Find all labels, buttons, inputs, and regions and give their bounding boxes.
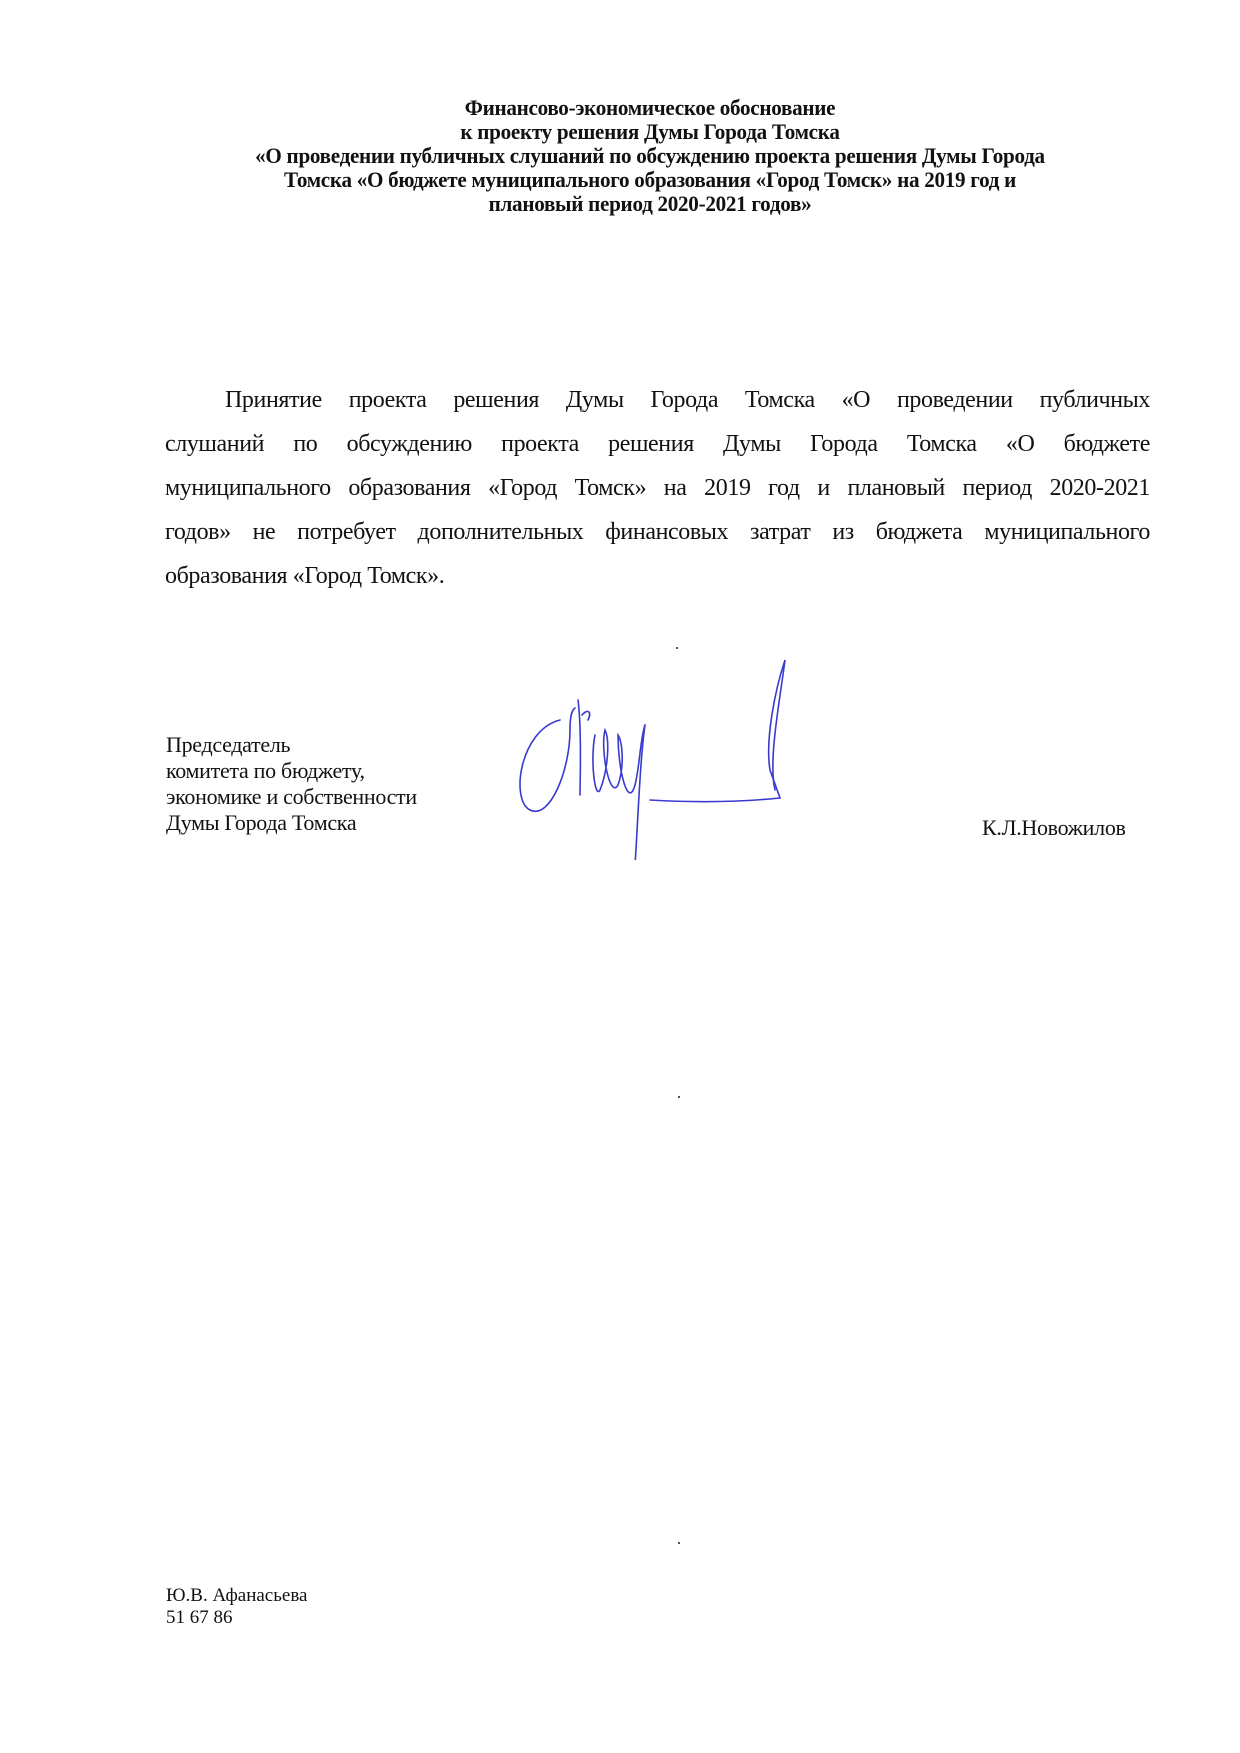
executor-name: Ю.В. Афанасьева xyxy=(166,1585,307,1607)
position-line: комитета по бюджету, xyxy=(166,758,417,784)
document-title: Финансово-экономическое обоснование к пр… xyxy=(170,96,1130,216)
title-line: «О проведении публичных слушаний по обсу… xyxy=(170,144,1130,168)
signatory-position: Председатель комитета по бюджету, эконом… xyxy=(166,732,417,836)
scan-speck xyxy=(678,1542,680,1544)
body-line: образования «Город Томск». xyxy=(165,554,1150,598)
position-line: Думы Города Томска xyxy=(166,810,417,836)
executor-phone: 51 67 86 xyxy=(166,1607,307,1629)
body-line: Принятие проекта решения Думы Города Том… xyxy=(165,378,1150,422)
title-line: к проекту решения Думы Города Томска xyxy=(170,120,1130,144)
scan-speck xyxy=(676,647,678,649)
body-line: годов» не потребует дополнительных финан… xyxy=(165,510,1150,554)
body-line: муниципального образования «Город Томск»… xyxy=(165,466,1150,510)
scan-speck xyxy=(678,1096,680,1098)
executor-info: Ю.В. Афанасьева 51 67 86 xyxy=(166,1585,307,1629)
handwritten-signature-icon xyxy=(500,660,900,860)
title-line: Финансово-экономическое обоснование xyxy=(170,96,1130,120)
position-line: экономике и собственности xyxy=(166,784,417,810)
body-paragraph: Принятие проекта решения Думы Города Том… xyxy=(165,378,1150,598)
body-line: слушаний по обсуждению проекта решения Д… xyxy=(165,422,1150,466)
signatory-name: К.Л.Новожилов xyxy=(982,815,1126,841)
title-line: плановый период 2020-2021 годов» xyxy=(170,192,1130,216)
title-line: Томска «О бюджете муниципального образов… xyxy=(170,168,1130,192)
position-line: Председатель xyxy=(166,732,417,758)
